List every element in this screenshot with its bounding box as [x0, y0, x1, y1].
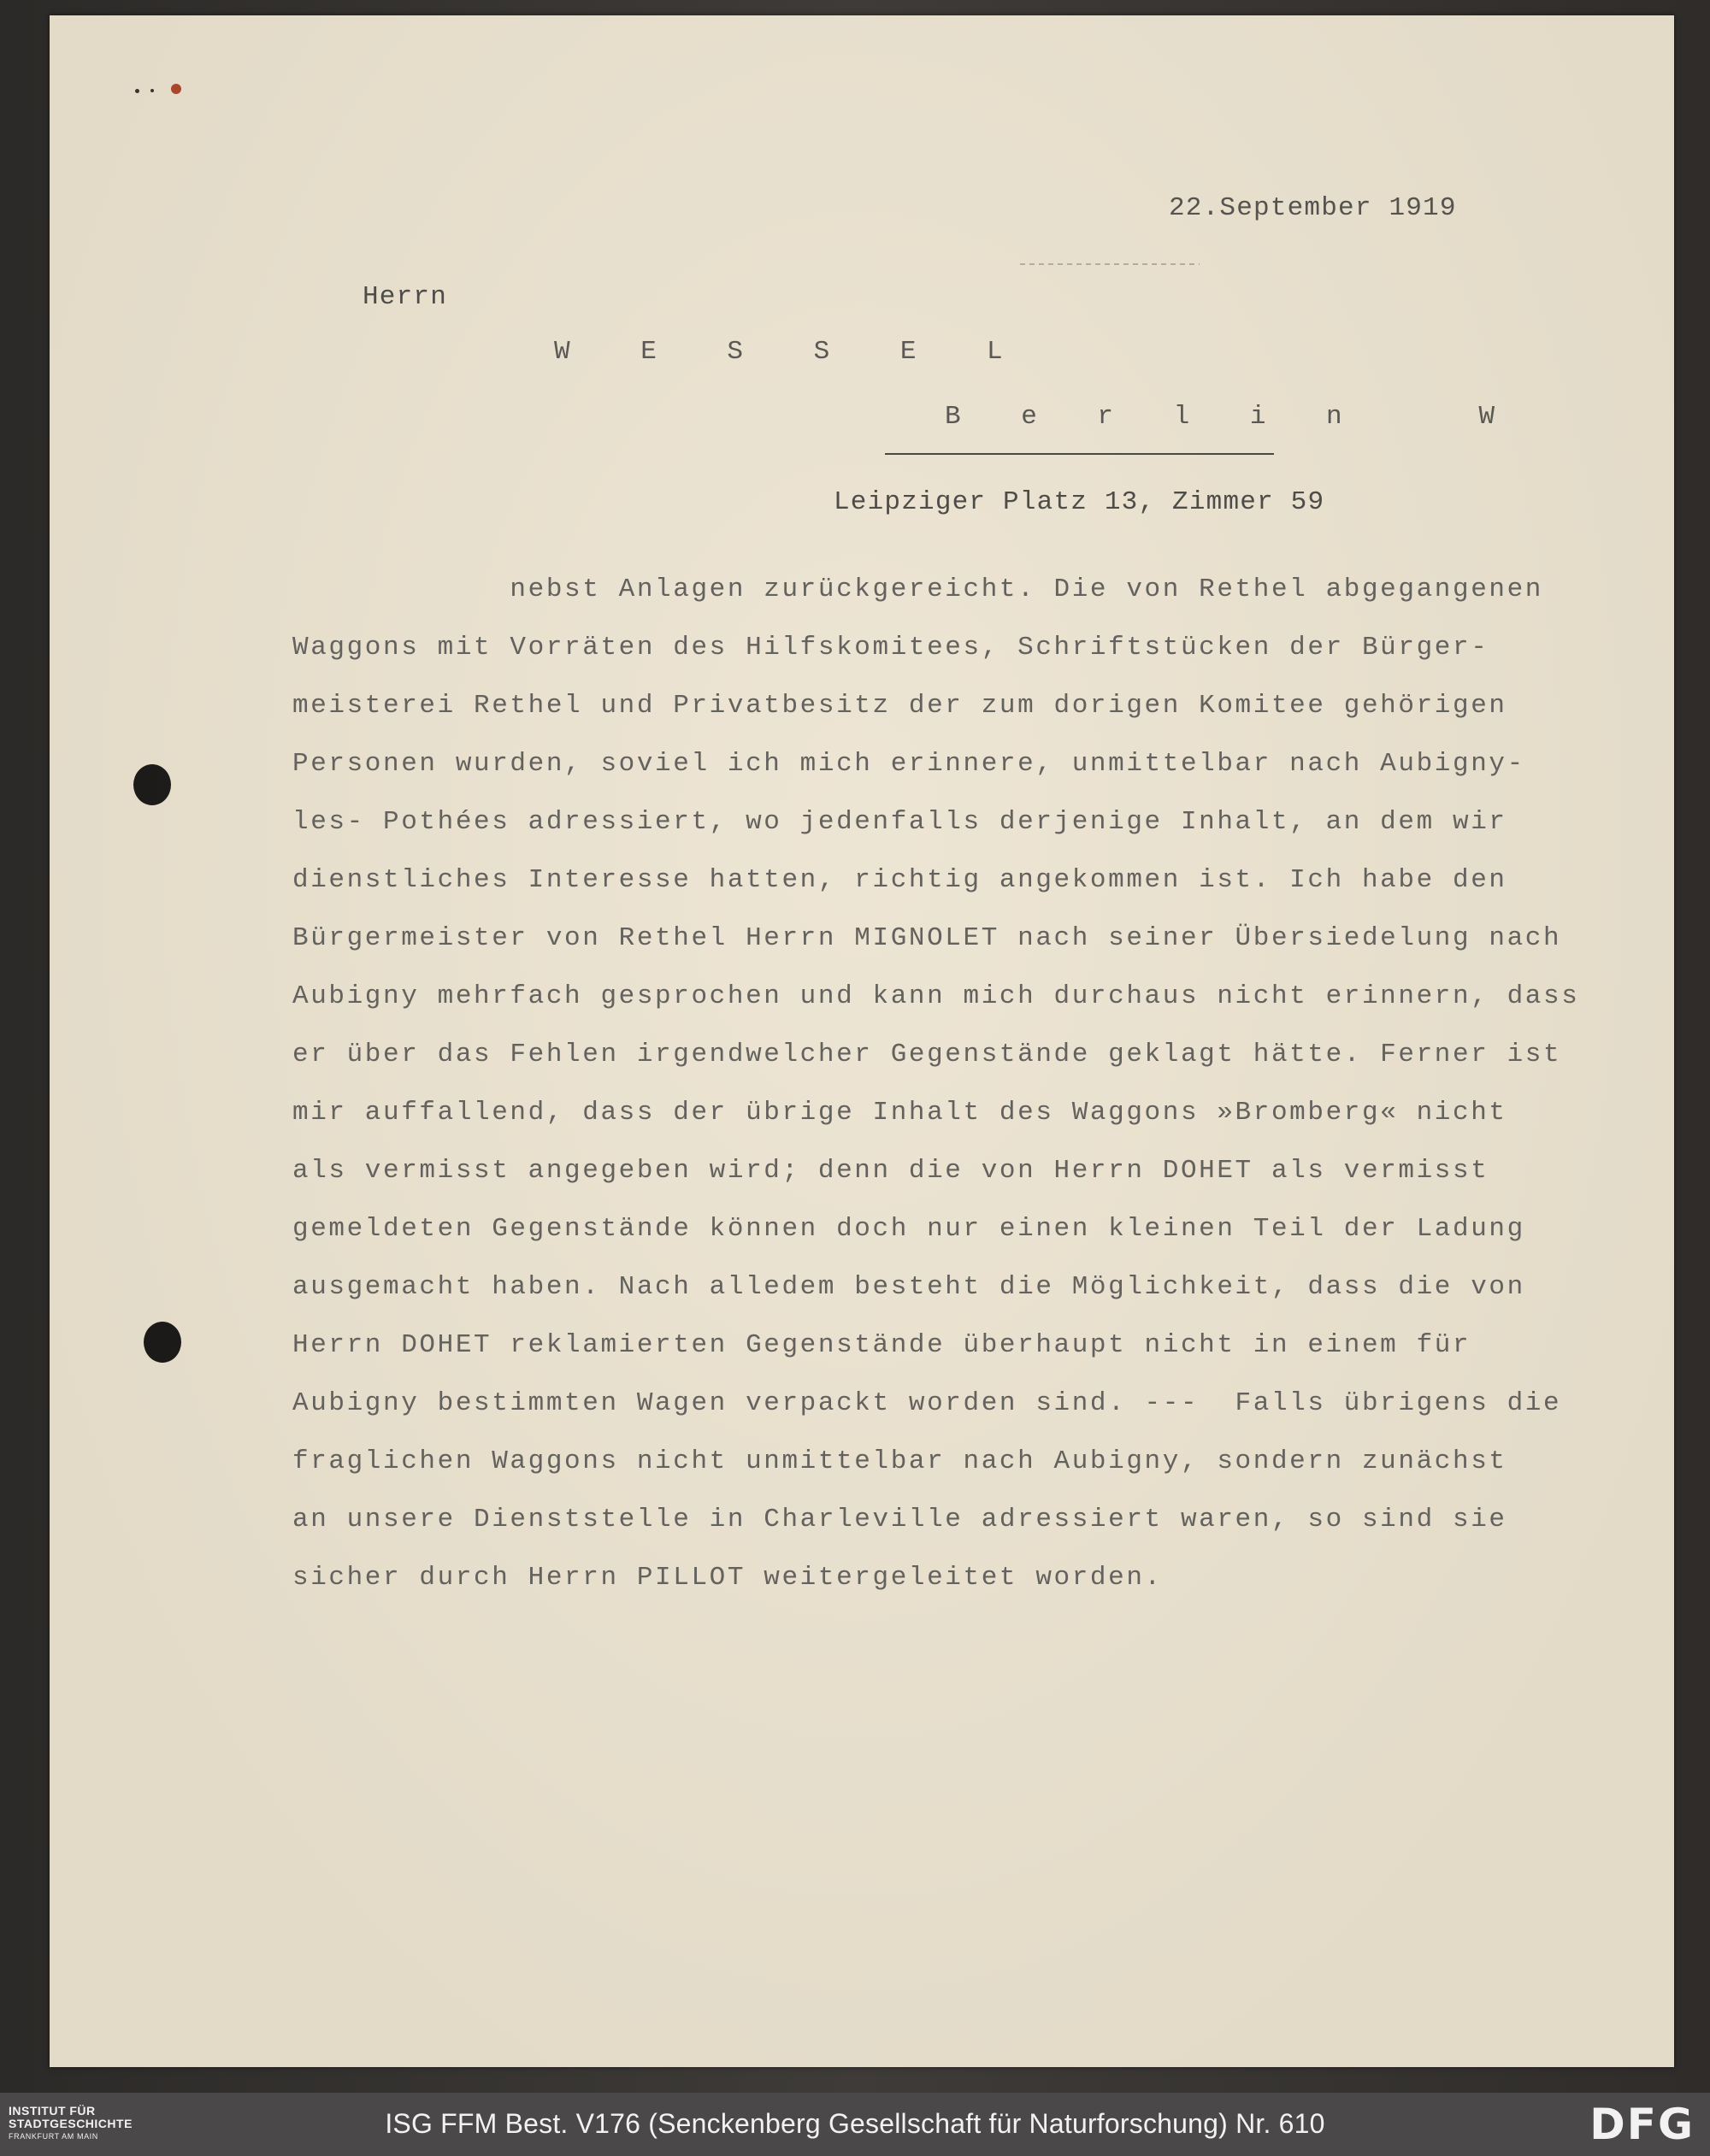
recipient-street: Leipziger Platz 13, Zimmer 59 — [834, 487, 1324, 517]
dfg-logo: DFG — [1589, 2103, 1695, 2146]
body-line: sicher durch Herrn PILLOT weitergeleitet… — [292, 1563, 1163, 1593]
recipient-city: B e r l i n W — [945, 402, 1517, 432]
body-line: fraglichen Waggons nicht unmittelbar nac… — [292, 1446, 1507, 1476]
body-line: er über das Fehlen irgendwelcher Gegenst… — [292, 1040, 1561, 1069]
body-line: nebst Anlagen zurückgereicht. Die von Re… — [292, 574, 1543, 604]
punch-hole-bottom — [144, 1322, 181, 1363]
faint-dashed-rule — [1020, 263, 1200, 265]
punch-hole-top — [133, 764, 171, 805]
rust-spot — [171, 84, 181, 94]
archive-footer-bar: INSTITUT FÜR STADTGESCHICHTE FRANKFURT A… — [0, 2093, 1710, 2156]
body-line: Personen wurden, soviel ich mich erinner… — [292, 749, 1525, 779]
body-line: meisterei Rethel und Privatbesitz der zu… — [292, 691, 1507, 721]
body-line: als vermisst angegeben wird; denn die vo… — [292, 1156, 1489, 1186]
ink-dot — [135, 89, 139, 93]
body-line: ausgemacht haben. Nach alledem besteht d… — [292, 1272, 1525, 1302]
ink-dot — [150, 89, 154, 92]
body-line: Aubigny bestimmten Wagen verpackt worden… — [292, 1388, 1561, 1418]
address-underline — [885, 453, 1274, 455]
body-line: dienstliches Interesse hatten, richtig a… — [292, 865, 1507, 895]
body-line: Herrn DOHET reklamierten Gegenstände übe… — [292, 1330, 1471, 1360]
body-line: mir auffallend, dass der übrige Inhalt d… — [292, 1098, 1507, 1128]
body-line: Waggons mit Vorräten des Hilfskomitees, … — [292, 633, 1489, 663]
body-line: Aubigny mehrfach gesprochen und kann mic… — [292, 981, 1579, 1011]
body-line: gemeldeten Gegenstände können doch nur e… — [292, 1214, 1525, 1244]
letter-date: 22.September 1919 — [1169, 193, 1457, 223]
archive-caption: ISG FFM Best. V176 (Senckenberg Gesellsc… — [0, 2108, 1710, 2140]
body-line: Bürgermeister von Rethel Herrn MIGNOLET … — [292, 923, 1561, 953]
recipient-name: W E S S E L — [554, 337, 1030, 367]
body-line: an unsere Dienststelle in Charleville ad… — [292, 1505, 1507, 1535]
salutation: Herrn — [363, 282, 447, 312]
body-line: les- Pothées adressiert, wo jedenfalls d… — [292, 807, 1507, 837]
